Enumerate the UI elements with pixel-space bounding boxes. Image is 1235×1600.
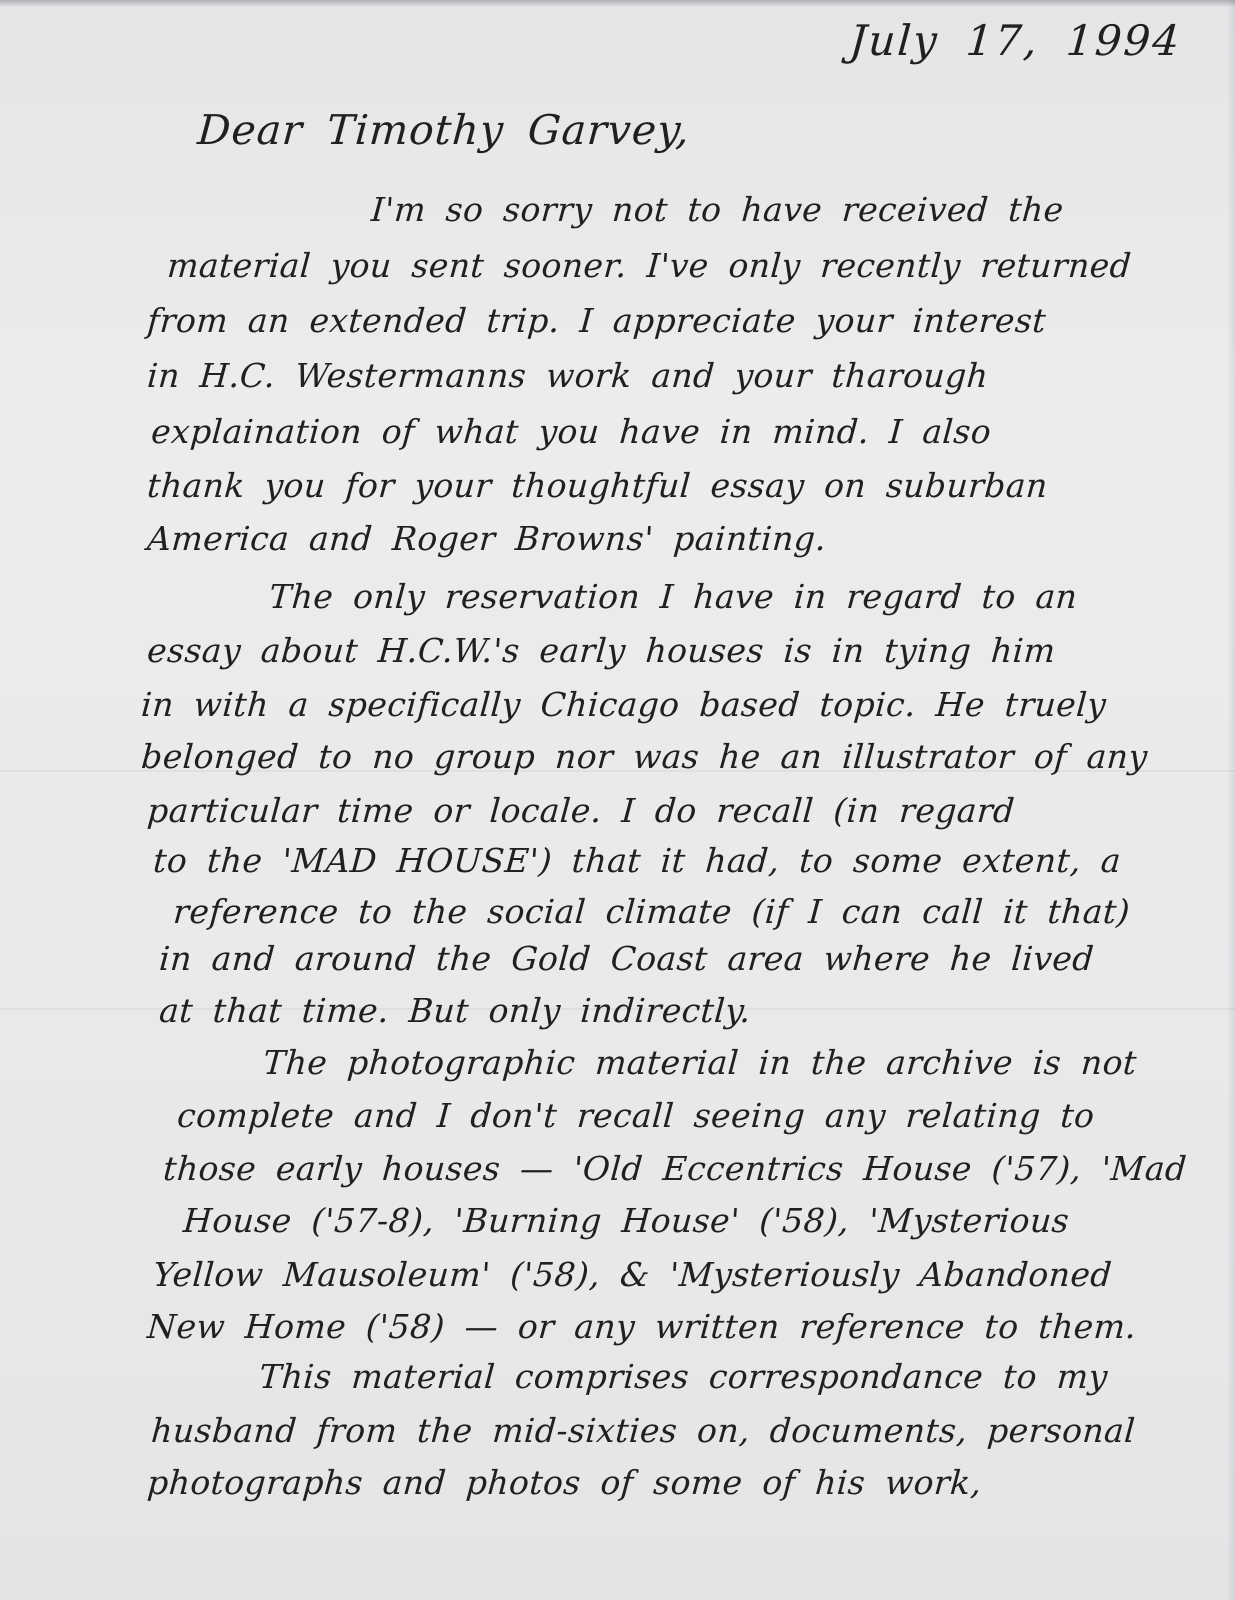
letter-line: complete and I don't recall seeing any r…	[176, 1096, 1096, 1135]
letter-line: The only reservation I have in regard to…	[268, 577, 1079, 616]
letter-line: I'm so sorry not to have received the	[370, 190, 1065, 229]
letter-line: Yellow Mausoleum' ('58), & 'Mysteriously…	[152, 1255, 1113, 1294]
letter-line: belonged to no group nor was he an illus…	[140, 737, 1149, 776]
letter-line: thank you for your thoughtful essay on s…	[146, 466, 1049, 505]
letter-line: explaination of what you have in mind. I…	[150, 412, 993, 451]
letter-salutation: Dear Timothy Garvey,	[196, 106, 692, 154]
letter-line: material you sent sooner. I've only rece…	[166, 246, 1133, 285]
letter-line: those early houses — 'Old Eccentrics Hou…	[162, 1149, 1188, 1188]
letter-line: The photographic material in the archive…	[262, 1043, 1138, 1082]
letter-line: America and Roger Browns' painting.	[146, 519, 828, 558]
scan-top-edge-shadow	[0, 0, 1235, 7]
letter-line: in H.C. Westermanns work and your tharou…	[146, 356, 990, 395]
letter-date: July 17, 1994	[848, 16, 1183, 65]
letter-line: New Home ('58) — or any written referenc…	[146, 1307, 1138, 1346]
letter-line: to the 'MAD HOUSE') that it had, to some…	[152, 841, 1122, 880]
letter-line: particular time or locale. I do recall (…	[146, 791, 1016, 830]
scan-right-edge-shadow	[1227, 0, 1235, 1600]
letter-page: July 17, 1994 Dear Timothy Garvey, I'm s…	[0, 0, 1235, 1600]
letter-line: House ('57-8), 'Burning House' ('58), 'M…	[182, 1201, 1070, 1240]
letter-line: essay about H.C.W.'s early houses is in …	[146, 631, 1057, 670]
letter-line: at that time. But only indirectly.	[158, 991, 752, 1030]
letter-line: in and around the Gold Coast area where …	[158, 939, 1095, 978]
letter-line: reference to the social climate (if I ca…	[172, 892, 1131, 931]
letter-line: husband from the mid-sixties on, documen…	[150, 1411, 1137, 1450]
letter-line: from an extended trip. I appreciate your…	[146, 301, 1047, 340]
letter-line: in with a specifically Chicago based top…	[140, 685, 1108, 724]
letter-line: This material comprises correspondance t…	[258, 1357, 1109, 1396]
letter-line: photographs and photos of some of his wo…	[146, 1463, 983, 1502]
